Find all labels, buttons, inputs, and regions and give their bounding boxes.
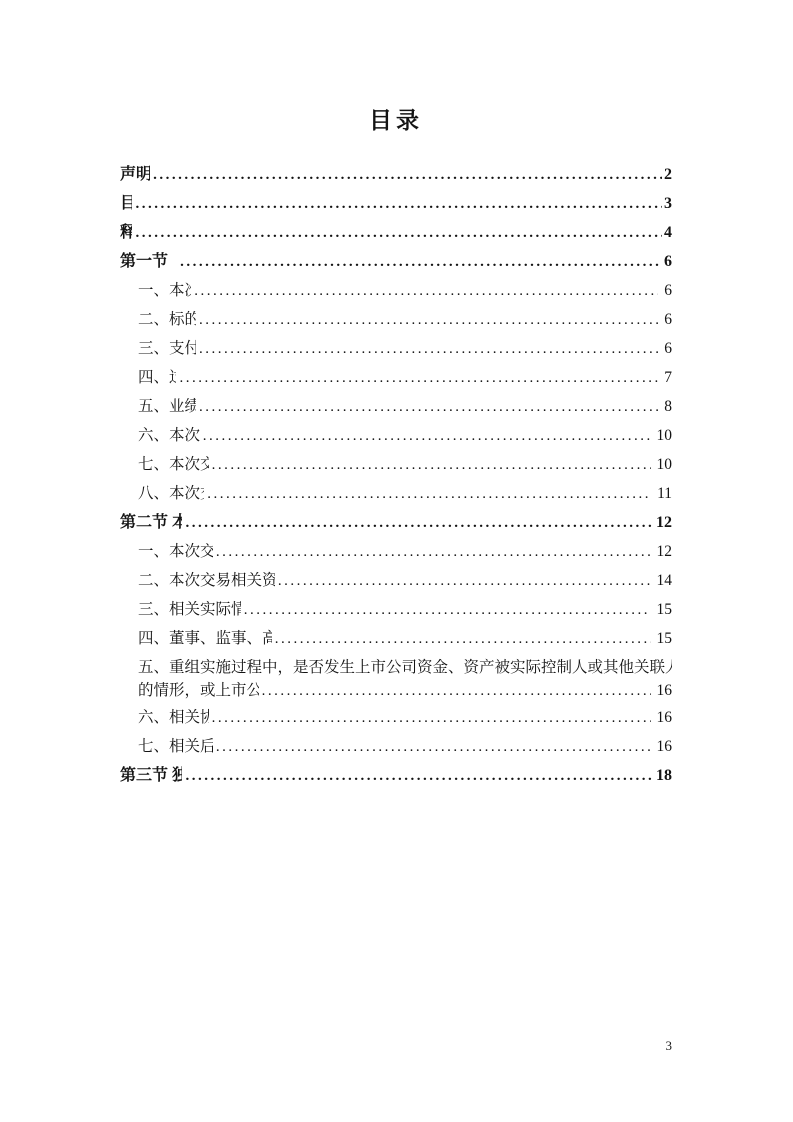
- toc-entry-label: 的情形，或上市公司为实际控制人及其关联人提供担保的情形: [138, 679, 259, 703]
- toc-dot-leader: [212, 450, 651, 479]
- toc-entry-label: 六、本次交易构成关联交易: [138, 421, 200, 450]
- toc-entry[interactable]: 五、重组实施过程中，是否发生上市公司资金、资产被实际控制人或其他关联人占用: [120, 653, 672, 682]
- toc-dot-leader: [199, 305, 658, 334]
- toc-entry[interactable]: 第二节 本次交易实施情况 12: [120, 508, 672, 537]
- toc-entry-label: 六、相关协议及承诺的履行情况: [138, 703, 209, 732]
- toc-entry-page-number: 16: [651, 703, 673, 732]
- toc-entry-page-number: 4: [662, 218, 672, 247]
- toc-dot-leader: [203, 421, 651, 450]
- toc-entry-label: 二、本次交易相关资产过户或交付、相关债权债务处理等事宜的办理情况: [138, 566, 275, 595]
- toc-entry-label: 目录: [120, 189, 132, 218]
- toc-entry[interactable]: 目录 3: [120, 189, 672, 218]
- toc-entry-label: 三、支付方式及资金来源: [138, 334, 196, 363]
- toc-dot-leader: [194, 276, 658, 305]
- toc-entry-label: 八、本次交易不构成重组上市: [138, 479, 204, 508]
- toc-dot-leader: [185, 761, 654, 790]
- toc-entry[interactable]: 六、本次交易构成关联交易 10: [120, 421, 672, 450]
- toc-entry[interactable]: 四、董事、监事、高级管理人员的更换情况及其他相关人员的调整情况 15: [120, 624, 672, 653]
- toc-entry[interactable]: 七、本次交易构成重大资产重组 10: [120, 450, 672, 479]
- document-page: 目录 声明与承诺 2 目录 3 释义 4 第一节 本次交易概况 6 一、本次交易…: [0, 0, 793, 1122]
- toc-entry-page-number: 6: [658, 305, 672, 334]
- toc-dot-leader: [207, 479, 651, 508]
- toc-entry-page-number: 8: [658, 392, 672, 421]
- toc-entry[interactable]: 第一节 本次交易概况 6: [120, 247, 672, 276]
- page-title: 目录: [120, 104, 672, 138]
- toc-dot-leader: [185, 508, 654, 537]
- toc-entry[interactable]: 二、本次交易相关资产过户或交付、相关债权债务处理等事宜的办理情况 14: [120, 566, 672, 595]
- toc-entry-label: 七、本次交易构成重大资产重组: [138, 450, 209, 479]
- toc-dot-leader: [278, 566, 651, 595]
- toc-entry-label: 五、业绩承诺和补偿安排: [138, 392, 196, 421]
- toc-entry[interactable]: 六、相关协议及承诺的履行情况 16: [120, 703, 672, 732]
- toc-entry-label: 五、重组实施过程中，是否发生上市公司资金、资产被实际控制人或其他关联人占用: [138, 653, 672, 682]
- toc-entry-page-number: 6: [658, 276, 672, 305]
- toc-entry-label: 二、标的资产评估与作价: [138, 305, 196, 334]
- toc-entry[interactable]: 八、本次交易不构成重组上市 11: [120, 479, 672, 508]
- toc-entry-page-number: 16: [651, 732, 673, 761]
- toc-entry-page-number: 15: [651, 595, 673, 624]
- toc-entry-page-number: 12: [651, 537, 673, 566]
- toc-dot-leader: [212, 703, 651, 732]
- toc-entry-page-number: 6: [662, 247, 672, 276]
- toc-dot-leader: [216, 732, 651, 761]
- toc-entry-label: 三、相关实际情况与此前披露的信息是否存在差异: [138, 595, 241, 624]
- toc-entry-page-number: 6: [658, 334, 672, 363]
- toc-entry-page-number: 10: [651, 450, 673, 479]
- toc-entry-page-number: 15: [651, 624, 673, 653]
- toc-dot-leader: [244, 595, 651, 624]
- toc-entry[interactable]: 的情形，或上市公司为实际控制人及其关联人提供担保的情形 16: [120, 679, 672, 703]
- toc-entry[interactable]: 五、业绩承诺和补偿安排 8: [120, 392, 672, 421]
- toc-dot-leader: [179, 363, 658, 392]
- toc-dot-leader: [199, 334, 658, 363]
- toc-content: 目录 声明与承诺 2 目录 3 释义 4 第一节 本次交易概况 6 一、本次交易…: [120, 0, 672, 790]
- toc-entry[interactable]: 二、标的资产评估与作价 6: [120, 305, 672, 334]
- toc-entry-label: 释义: [120, 218, 132, 247]
- toc-entry[interactable]: 第三节 独立财务顾问意见 18: [120, 761, 672, 790]
- toc-entry-label: 第一节 本次交易概况: [120, 247, 177, 276]
- toc-entry-page-number: 7: [658, 363, 672, 392]
- toc-entry-page-number: 2: [662, 160, 672, 189]
- toc-entry-page-number: 18: [654, 761, 672, 790]
- toc-entry[interactable]: 七、相关后续事项的合规性及风险 16: [120, 732, 672, 761]
- toc-dot-leader: [262, 679, 651, 703]
- toc-dot-leader: [275, 624, 651, 653]
- toc-list: 声明与承诺 2 目录 3 释义 4 第一节 本次交易概况 6 一、本次交易方案概…: [120, 160, 672, 790]
- toc-dot-leader: [199, 392, 658, 421]
- toc-entry[interactable]: 一、本次交易方案概述 6: [120, 276, 672, 305]
- toc-entry-label: 七、相关后续事项的合规性及风险: [138, 732, 213, 761]
- toc-dot-leader: [135, 189, 662, 218]
- toc-entry-label: 第二节 本次交易实施情况: [120, 508, 182, 537]
- toc-entry[interactable]: 三、相关实际情况与此前披露的信息是否存在差异 15: [120, 595, 672, 624]
- toc-dot-leader: [180, 247, 662, 276]
- toc-entry-page-number: 3: [662, 189, 672, 218]
- toc-entry-label: 声明与承诺: [120, 160, 150, 189]
- toc-entry[interactable]: 一、本次交易已取得的授权和批准 12: [120, 537, 672, 566]
- toc-entry-label: 第三节 独立财务顾问意见: [120, 761, 182, 790]
- toc-entry-page-number: 14: [651, 566, 673, 595]
- toc-entry[interactable]: 声明与承诺 2: [120, 160, 672, 189]
- toc-dot-leader: [216, 537, 651, 566]
- toc-entry-label: 四、董事、监事、高级管理人员的更换情况及其他相关人员的调整情况: [138, 624, 272, 653]
- toc-entry-page-number: 16: [651, 679, 673, 703]
- toc-entry[interactable]: 释义 4: [120, 218, 672, 247]
- toc-entry-page-number: 11: [651, 479, 672, 508]
- toc-entry-label: 四、过渡期安排: [138, 363, 176, 392]
- toc-entry[interactable]: 三、支付方式及资金来源 6: [120, 334, 672, 363]
- toc-entry-label: 一、本次交易方案概述: [138, 276, 191, 305]
- toc-dot-leader: [153, 160, 662, 189]
- toc-dot-leader: [135, 218, 662, 247]
- toc-entry-page-number: 12: [654, 508, 672, 537]
- toc-entry[interactable]: 四、过渡期安排 7: [120, 363, 672, 392]
- toc-entry-label: 一、本次交易已取得的授权和批准: [138, 537, 213, 566]
- footer-page-number: 3: [666, 1036, 673, 1056]
- toc-entry-page-number: 10: [651, 421, 673, 450]
